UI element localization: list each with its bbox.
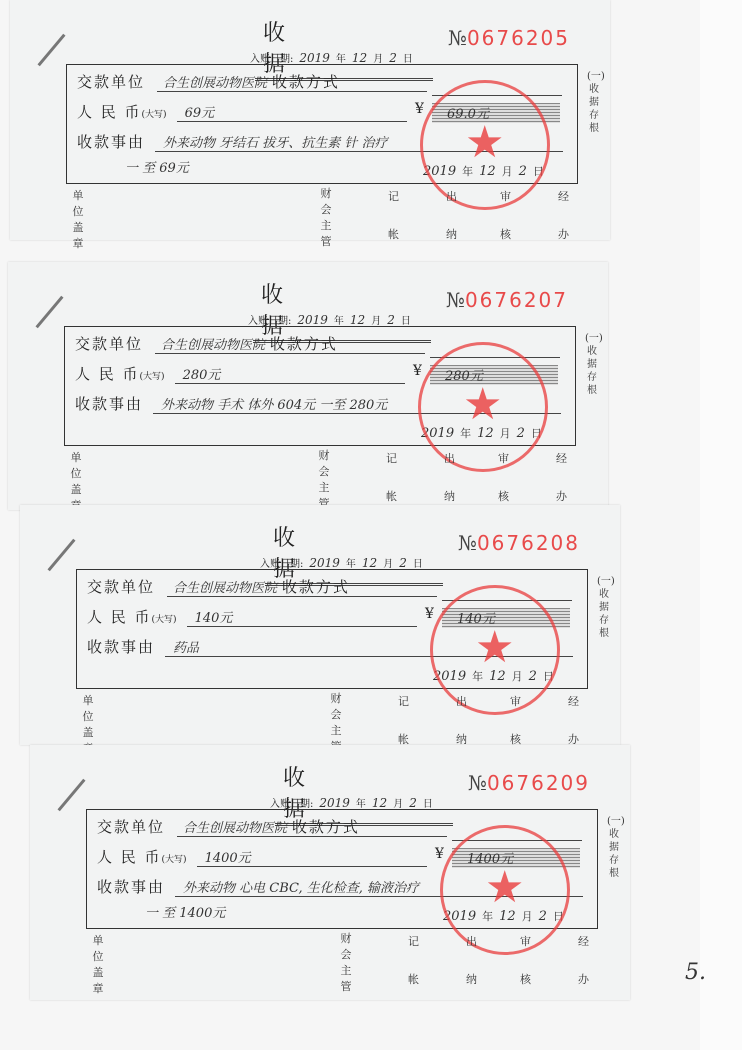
entry-month: 12 [372, 796, 387, 810]
reason-label: 收款事由 [75, 395, 143, 413]
handler-label-1: 经 [578, 933, 589, 949]
bookkeeper-label-1: 记 [398, 693, 409, 709]
bookkeeper-label-1: 记 [408, 933, 419, 949]
entry-month: 12 [352, 51, 367, 65]
entry-day: 2 [399, 556, 407, 570]
auditor-label-1: 审 [498, 450, 509, 466]
auditor-label-2: 核 [500, 226, 511, 242]
payer-value: 合生创展动物医院 [173, 581, 277, 596]
handler-label-2: 办 [556, 488, 567, 504]
star-icon: ★ [485, 866, 524, 910]
entry-date: 入账日期:2019年12月2日 [248, 312, 411, 327]
red-seal-stamp: ★ [430, 585, 560, 715]
payer-row: 交款单位合生创展动物医院 收款方式 [77, 71, 340, 92]
staple-icon [47, 539, 75, 572]
reason-row-2: 一 至 1400元 [127, 902, 225, 921]
red-seal-stamp: ★ [420, 80, 550, 210]
receipt-number: №0676205 [448, 26, 570, 50]
payer-row: 交款单位合生创展动物医院 收款方式 [97, 816, 360, 837]
amount-row: 人 民 币(大写)140元 [87, 606, 232, 627]
page-number: 5. [685, 960, 706, 985]
entry-date: 入账日期:2019年12月2日 [250, 50, 413, 65]
star-icon: ★ [475, 626, 514, 670]
yen-symbol: ¥ [435, 846, 444, 862]
handler-label-1: 经 [556, 450, 567, 466]
payer-row: 交款单位合生创展动物医院 收款方式 [75, 333, 338, 354]
reason-row-2 [117, 662, 135, 680]
staple-icon [57, 779, 85, 812]
reason-value: 外来动物 心电 CBC, 生化检查, 输液治疗 [183, 881, 419, 896]
handler-label-1: 经 [568, 693, 579, 709]
unit-seal-label: 单位盖章 [92, 933, 104, 997]
receipt-number: №0676209 [468, 771, 590, 795]
rmb-label: 人 民 币 [97, 848, 162, 866]
payer-value: 合生创展动物医院 [161, 338, 265, 353]
reason-label: 收款事由 [87, 638, 155, 656]
receipt-0676209: 收 据 №0676209 入账日期:2019年12月2日 交款单位合生创展动物医… [30, 745, 630, 1000]
reason-row: 收款事由外来动物 手术 体外 604元 一至 280元 [75, 393, 387, 414]
reason-label: 收款事由 [97, 878, 165, 896]
amount-row: 人 民 币(大写)1400元 [97, 846, 251, 867]
reason-value: 外来动物 手术 体外 604元 一至 280元 [161, 398, 387, 413]
method-label: 收款方式 [292, 818, 360, 836]
auditor-label-1: 审 [510, 693, 521, 709]
finance-supervisor-label: 财会主管 [320, 186, 332, 250]
reason-value-2: 一 至 1400元 [145, 906, 225, 921]
number-label: № [468, 771, 487, 795]
yen-symbol: ¥ [415, 101, 424, 117]
number-value: 0676207 [465, 288, 568, 312]
payer-value: 合生创展动物医院 [163, 76, 267, 91]
number-label: № [446, 288, 465, 312]
unit-seal-label: 单位盖章 [72, 188, 84, 252]
payer-row: 交款单位合生创展动物医院 收款方式 [87, 576, 350, 597]
entry-month: 12 [350, 313, 365, 327]
amount-row: 人 民 币(大写)69元 [77, 101, 214, 122]
entry-year: 2019 [297, 313, 328, 327]
handler-label-2: 办 [578, 971, 589, 987]
cashier-label-1: 出 [466, 933, 477, 949]
auditor-label-2: 核 [520, 971, 531, 987]
number-value: 0676209 [487, 771, 590, 795]
yen-symbol: ¥ [413, 363, 422, 379]
auditor-label-2: 核 [498, 488, 509, 504]
payer-label: 交款单位 [77, 73, 145, 91]
star-icon: ★ [463, 383, 502, 427]
method-label: 收款方式 [270, 335, 338, 353]
number-label: № [458, 531, 477, 555]
amount-row: 人 民 币(大写)280元 [75, 363, 220, 384]
reason-row: 收款事由外来动物 牙结石 拔牙、抗生素 针 治疗 [77, 131, 388, 152]
entry-date: 入账日期:2019年12月2日 [270, 795, 433, 810]
number-value: 0676208 [477, 531, 580, 555]
auditor-label-1: 审 [500, 188, 511, 204]
receipt-0676207: 收 据 №0676207 入账日期:2019年12月2日 交款单位合生创展动物医… [8, 262, 608, 510]
yen-symbol: ¥ [425, 606, 434, 622]
reason-row-2: 一 至 69元 [107, 157, 189, 176]
number-label: № [448, 26, 467, 50]
rmb-label: 人 民 币 [75, 365, 140, 383]
reason-row-2 [105, 419, 123, 437]
entry-year: 2019 [299, 51, 330, 65]
receipt-0676208: 收 据 №0676208 入账日期:2019年12月2日 交款单位合生创展动物医… [20, 505, 620, 745]
entry-day: 2 [387, 313, 395, 327]
entry-day: 2 [409, 796, 417, 810]
cashier-label-2: 纳 [466, 971, 477, 987]
receipt-number: №0676208 [458, 531, 580, 555]
amount-upper-value: 140元 [195, 611, 233, 626]
bookkeeper-label-2: 帐 [408, 971, 419, 987]
rmb-upper-label: (大写) [142, 110, 167, 120]
staple-icon [37, 34, 65, 67]
entry-date: 入账日期:2019年12月2日 [260, 555, 423, 570]
bookkeeper-label-1: 记 [388, 188, 399, 204]
rmb-upper-label: (大写) [152, 615, 177, 625]
cashier-label-1: 出 [456, 693, 467, 709]
finance-supervisor-label: 财会主管 [340, 931, 352, 995]
entry-year: 2019 [309, 556, 340, 570]
rmb-label: 人 民 币 [77, 103, 142, 121]
method-label: 收款方式 [272, 73, 340, 91]
reason-label: 收款事由 [77, 133, 145, 151]
red-seal-stamp: ★ [418, 342, 548, 472]
method-label: 收款方式 [282, 578, 350, 596]
rmb-label: 人 民 币 [87, 608, 152, 626]
number-value: 0676205 [467, 26, 570, 50]
rmb-upper-label: (大写) [162, 855, 187, 865]
auditor-label-1: 审 [520, 933, 531, 949]
cashier-label-1: 出 [446, 188, 457, 204]
reason-row: 收款事由药品 [87, 636, 199, 657]
payer-label: 交款单位 [75, 335, 143, 353]
payer-value: 合生创展动物医院 [183, 821, 287, 836]
payer-label: 交款单位 [97, 818, 165, 836]
amount-upper-value: 1400元 [205, 851, 251, 866]
bookkeeper-label-2: 帐 [386, 488, 397, 504]
star-icon: ★ [465, 121, 504, 165]
reason-value: 药品 [173, 641, 199, 656]
entry-month: 12 [362, 556, 377, 570]
reason-value: 外来动物 牙结石 拔牙、抗生素 针 治疗 [163, 136, 388, 151]
handler-label-2: 办 [558, 226, 569, 242]
red-seal-stamp: ★ [440, 825, 570, 955]
staple-icon [35, 296, 63, 329]
finance-supervisor-label: 财会主管 [318, 448, 330, 512]
rmb-upper-label: (大写) [140, 372, 165, 382]
cashier-label-2: 纳 [444, 488, 455, 504]
bookkeeper-label-1: 记 [386, 450, 397, 466]
reason-row: 收款事由外来动物 心电 CBC, 生化检查, 输液治疗 [97, 876, 419, 897]
stub-label: (一)收据存根 [607, 815, 621, 880]
page-margin [700, 0, 742, 1050]
receipt-number: №0676207 [446, 288, 568, 312]
payer-label: 交款单位 [87, 578, 155, 596]
entry-year: 2019 [319, 796, 350, 810]
amount-upper-value: 280元 [183, 368, 221, 383]
entry-day: 2 [389, 51, 397, 65]
handler-label-1: 经 [558, 188, 569, 204]
amount-upper-value: 69元 [185, 106, 215, 121]
stub-label: (一)收据存根 [587, 70, 601, 135]
reason-value-2: 一 至 69元 [125, 161, 189, 176]
stub-label: (一)收据存根 [585, 332, 599, 397]
stub-label: (一)收据存根 [597, 575, 611, 640]
cashier-label-1: 出 [444, 450, 455, 466]
receipt-0676205: 收 据 №0676205 入账日期:2019年12月2日 交款单位合生创展动物医… [10, 0, 610, 240]
bookkeeper-label-2: 帐 [388, 226, 399, 242]
cashier-label-2: 纳 [446, 226, 457, 242]
